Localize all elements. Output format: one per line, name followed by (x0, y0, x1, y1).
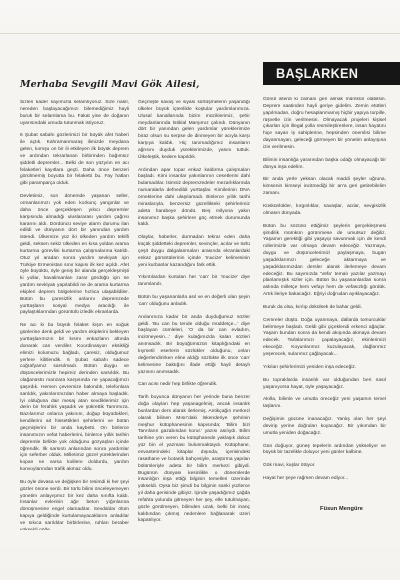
body-paragraph: Gün doğuyor, güneş tepelerin ardından yü… (263, 444, 386, 458)
magazine-page: BAŞLARKEN Merhaba Sevgili Mavi Gök Ailes… (0, 0, 400, 580)
body-paragraph: Ne acı ki bu büyük felaket kışın en soğu… (20, 323, 129, 474)
body-paragraph: Geçmişte savaş ve siyasi sürtüşmelerin y… (138, 100, 250, 162)
body-paragraph: 6 Şubat sabahı gözlerimizi bir büyük afe… (20, 133, 129, 188)
body-paragraph: Bütün bu sözünü ettiğimiz şeylerin gerçe… (263, 224, 386, 299)
body-paragraph: Olaylar, haberler, durmadan tekrar eden … (138, 235, 250, 269)
body-paragraph: Buruk da olsa, kırılıp dökülsek de bahar… (263, 305, 386, 312)
text-column-1: Sizleri kader sayımızla selamlıyoruz. Si… (20, 100, 129, 530)
body-paragraph: Küskünlükler, kırgınlıklar, savaşlar, ac… (263, 204, 386, 218)
body-paragraph: Cemreler düştü. Doğa uyanmaya, dallarda … (263, 318, 386, 359)
body-paragraph: Değişimin gücüne inanacağız. Yanlış olan… (263, 417, 386, 438)
body-paragraph: Gönül isterdi ki zamanı geri almak mümkü… (263, 97, 386, 152)
body-paragraph: Yıkıntılardan kurtulan her 'can' bir 'mu… (138, 275, 250, 289)
section-header: BAŞLARKEN (263, 62, 400, 85)
body-paragraph: Bütün bu yaşananlarla asıl ve en değerli… (138, 295, 250, 309)
body-paragraph: Anılarımıza kadar bir anda duyduğumuz sö… (138, 315, 250, 377)
section-title: BAŞLARKEN (276, 66, 358, 81)
body-paragraph: Bir anda yerle yeksan olacak maddi şeyle… (263, 177, 386, 198)
body-paragraph: Yıkılan şehirlerimizi yeniden inşa edece… (263, 365, 386, 372)
top-divider (0, 33, 400, 34)
body-paragraph: Tarih boyunca dünyanın her yerinde buna … (138, 395, 250, 525)
author-signature: Füsun Mengüre (263, 506, 363, 512)
body-paragraph: Devletimiz, son dönemde yaşanan seller, … (20, 194, 129, 317)
body-paragraph: Bu öyle devasa ve değişken bir resimdi k… (20, 480, 129, 530)
salutation-heading: Merhaba Sevgili Mavi Gök Ailesi, (20, 79, 199, 90)
body-paragraph: Bilimin insanlığa yararından başka odağı… (263, 158, 386, 172)
body-paragraph: Akılla, bilimle ve umutla öreceğiz yeni … (263, 397, 386, 411)
body-paragraph: Sizleri kader sayımızla selamlıyoruz. Si… (20, 100, 129, 127)
body-paragraph: Can acısı nedir hep birlikte öğrendik. (138, 382, 250, 389)
body-paragraph: Gök mavi, kuşlar ötüyor. (263, 463, 386, 470)
body-paragraph: Hayat her şeye rağmen devam ediyor... (263, 476, 386, 483)
text-column-3: Gönül isterdi ki zamanı geri almak mümkü… (263, 97, 386, 527)
text-column-2: Geçmişte savaş ve siyasi sürtüşmelerin y… (138, 100, 250, 530)
body-paragraph: Bu topraklarda insanlık var olduğundan b… (263, 378, 386, 392)
body-paragraph: Ardından apar topar enkaz kaldırma çalış… (138, 168, 250, 230)
